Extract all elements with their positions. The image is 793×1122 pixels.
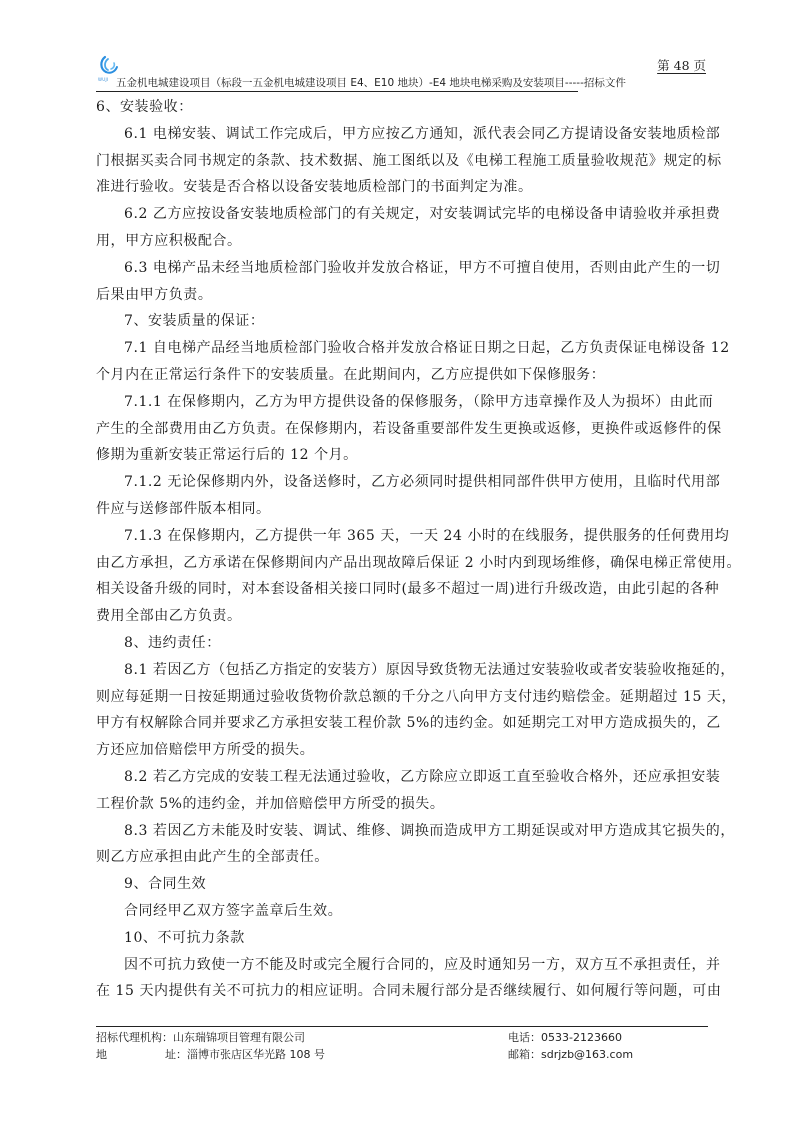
- text-line: 相关设备升级的同时，对本套设备相关接口同时(最多不超过一周)进行升级改造，由此引…: [96, 576, 708, 603]
- text-line: 准进行验收。安装是否合格以设备安装地质检部门的书面判定为准。: [96, 174, 708, 201]
- text-line: 由乙方承担，乙方承诺在保修期间内产品出现故障后保证 2 小时内到现场维修，确保电…: [96, 550, 708, 577]
- text-line: 个月内在正常运行条件下的安装质量。在此期间内，乙方应提供如下保修服务：: [96, 362, 708, 389]
- text-line: 则乙方应承担由此产生的全部责任。: [96, 844, 708, 871]
- text-line: 甲方有权解除合同并要求乙方承担安装工程价款 5%的违约金。如延期完工对甲方造成损…: [96, 710, 708, 737]
- page-number: 第 48 页: [657, 56, 706, 74]
- agency-value: 山东瑞锦项目管理有限公司: [173, 1031, 305, 1044]
- email-info: 邮箱：sdrjzb@163.com: [508, 1046, 633, 1063]
- header-divider: [96, 91, 578, 92]
- address-info: 地址：淄博市张店区华光路 108 号: [96, 1046, 325, 1063]
- document-title: 五金机电城建设项目（标段一五金机电城建设项目 E4、E10 地块）-E4 地块电…: [116, 75, 626, 90]
- text-line: 8、违约责任：: [96, 630, 708, 657]
- text-line: 8.2 若乙方完成的安装工程无法通过验收，乙方除应立即返工直至验收合格外，还应承…: [96, 764, 708, 791]
- text-line: 门根据买卖合同书规定的条款、技术数据、施工图纸以及《电梯工程施工质量验收规范》规…: [96, 148, 708, 175]
- text-line: 9、合同生效: [96, 871, 708, 898]
- footer-row-1: 招标代理机构：山东瑞锦项目管理有限公司 电话：0533-2123660: [96, 1029, 708, 1046]
- text-line: 10、不可抗力条款: [96, 925, 708, 952]
- footer-divider: [96, 1026, 708, 1027]
- text-line: 修期为重新安装正常运行后的 12 个月。: [96, 442, 708, 469]
- text-line: 在 15 天内提供有关不可抗力的相应证明。合同未履行部分是否继续履行、如何履行等…: [96, 978, 708, 1005]
- agency-label: 招标代理机构：: [96, 1031, 173, 1044]
- text-line: 工程价款 5%的违约金，并加倍赔偿甲方所受的损失。: [96, 791, 708, 818]
- text-line: 产生的全部费用由乙方负责。在保修期内，若设备重要部件发生更换或返修，更换件或返修…: [96, 416, 708, 443]
- email-value: sdrjzb@163.com: [541, 1048, 633, 1061]
- text-line: 8.1 若因乙方（包括乙方指定的安装方）原因导致货物无法通过安装验收或者安装验收…: [96, 657, 708, 684]
- email-label: 邮箱：: [508, 1048, 541, 1061]
- text-line: 因不可抗力致使一方不能及时或完全履行合同的，应及时通知另一方，双方互不承担责任，…: [96, 952, 708, 979]
- text-line: 费用全部由乙方负责。: [96, 603, 708, 630]
- phone-label: 电话：: [508, 1031, 541, 1044]
- document-body: 6、安装验收：6.1 电梯安装、调试工作完成后，甲方应按乙方通知，派代表会同乙方…: [96, 94, 708, 1005]
- address-label-1: 地: [96, 1048, 107, 1061]
- text-line: 6.2 乙方应按设备安装地质检部门的有关规定，对安装调试完毕的电梯设备申请验收并…: [96, 201, 708, 228]
- address-label-2: 址：: [165, 1048, 187, 1061]
- logo-label: WUJI: [98, 77, 108, 82]
- text-line: 8.3 若因乙方未能及时安装、调试、维修、调换而造成甲方工期延误或对甲方造成其它…: [96, 818, 708, 845]
- text-line: 7.1 自电梯产品经当地质检部门验收合格并发放合格证日期之日起，乙方负责保证电梯…: [96, 335, 708, 362]
- text-line: 7.1.2 无论保修期内外，设备送修时，乙方必须同时提供相同部件供甲方使用，且临…: [96, 469, 708, 496]
- text-line: 7.1.3 在保修期内，乙方提供一年 365 天，一天 24 小时的在线服务，提…: [96, 523, 708, 550]
- text-line: 方还应加倍赔偿甲方所受的损失。: [96, 737, 708, 764]
- text-line: 7、安装质量的保证：: [96, 308, 708, 335]
- phone-value: 0533-2123660: [541, 1031, 622, 1044]
- page-footer: 招标代理机构：山东瑞锦项目管理有限公司 电话：0533-2123660 地址：淄…: [96, 1029, 708, 1063]
- text-line: 件应与送修部件版本相同。: [96, 496, 708, 523]
- text-line: 用，甲方应积极配合。: [96, 228, 708, 255]
- phone-info: 电话：0533-2123660: [508, 1029, 622, 1046]
- text-line: 6.3 电梯产品未经当地质检部门验收并发放合格证，甲方不可擅自使用，否则由此产生…: [96, 255, 708, 282]
- text-line: 6、安装验收：: [96, 94, 708, 121]
- text-line: 合同经甲乙双方签字盖章后生效。: [96, 898, 708, 925]
- text-line: 7.1.1 在保修期内，乙方为甲方提供设备的保修服务，（除甲方违章操作及人为损坏…: [96, 389, 708, 416]
- company-logo-icon: [98, 54, 120, 76]
- page-header: WUJI 五金机电城建设项目（标段一五金机电城建设项目 E4、E10 地块）-E…: [96, 50, 706, 92]
- agency-info: 招标代理机构：山东瑞锦项目管理有限公司: [96, 1029, 305, 1046]
- address-value: 淄博市张店区华光路 108 号: [187, 1048, 325, 1061]
- text-line: 则应每延期一日按延期通过验收货物价款总额的千分之八向甲方支付违约赔偿金。延期超过…: [96, 684, 708, 711]
- footer-row-2: 地址：淄博市张店区华光路 108 号 邮箱：sdrjzb@163.com: [96, 1046, 708, 1063]
- text-line: 后果由甲方负责。: [96, 282, 708, 309]
- text-line: 6.1 电梯安装、调试工作完成后，甲方应按乙方通知，派代表会同乙方提请设备安装地…: [96, 121, 708, 148]
